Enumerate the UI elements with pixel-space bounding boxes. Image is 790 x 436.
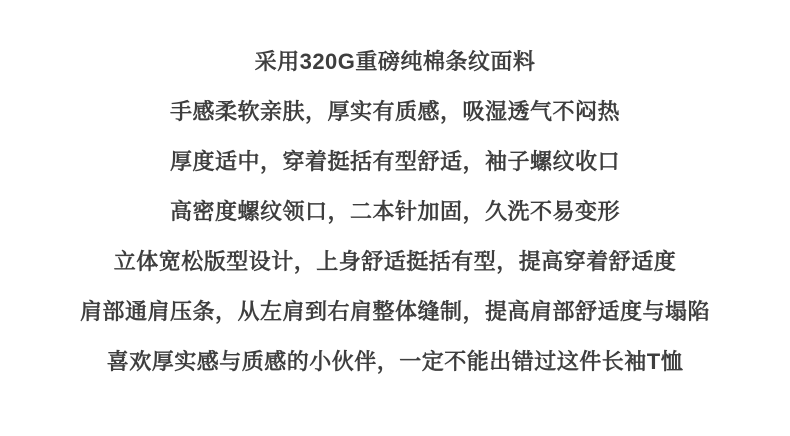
description-line-feel: 手感柔软亲肤，厚实有质感，吸湿透气不闷热 [0, 87, 790, 137]
description-line-fit: 立体宽松版型设计，上身舒适挺括有型，提高穿着舒适度 [0, 237, 790, 287]
description-line-thickness: 厚度适中，穿着挺括有型舒适，袖子螺纹收口 [0, 137, 790, 187]
description-line-recommend: 喜欢厚实感与质感的小伙伴，一定不能出错过这件长袖T恤 [0, 337, 790, 387]
description-text-block: 采用320G重磅纯棉条纹面料 手感柔软亲肤，厚实有质感，吸湿透气不闷热 厚度适中… [0, 0, 790, 387]
description-line-shoulder: 肩部通肩压条，从左肩到右肩整体缝制，提高肩部舒适度与塌陷 [0, 287, 790, 337]
description-line-collar: 高密度螺纹领口，二本针加固，久洗不易变形 [0, 187, 790, 237]
product-description-panel: 采用320G重磅纯棉条纹面料 手感柔软亲肤，厚实有质感，吸湿透气不闷热 厚度适中… [0, 0, 790, 436]
description-line-fabric: 采用320G重磅纯棉条纹面料 [0, 37, 790, 87]
